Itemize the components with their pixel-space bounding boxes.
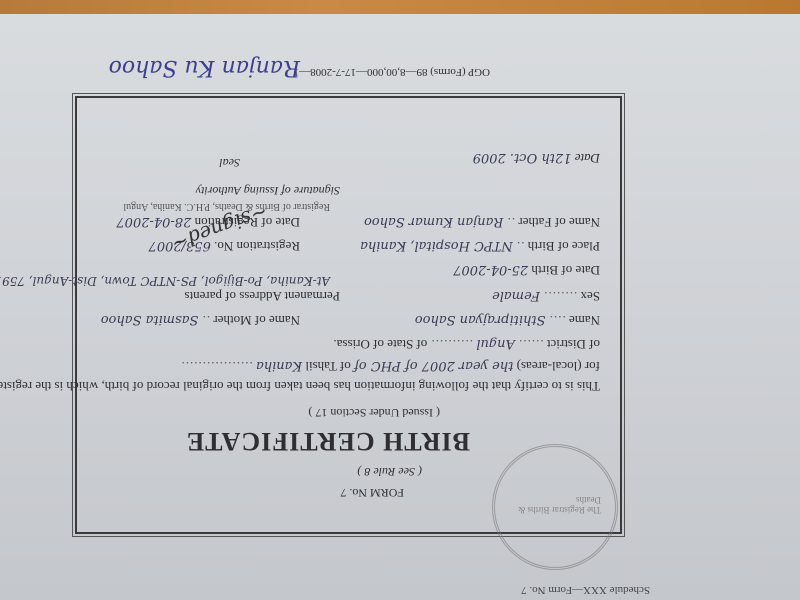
handwritten-note: Ranjan Ku Sahoo: [109, 55, 300, 80]
certify-text: This is to certify that the following in…: [0, 378, 600, 394]
form-number: FORM No. 7: [340, 485, 404, 500]
for-line: for (local-areas) the year 2007 of PHC o…: [180, 358, 600, 374]
see-rule: ( See Rule 8 ): [357, 464, 422, 479]
issue-date: Date 12th Oct. 2009: [473, 150, 600, 166]
dob-field: Date of Birth 25-04-2007: [453, 262, 600, 278]
certificate-title: BIRTH CERTIFICATE: [186, 426, 470, 456]
signature-label: Signature of Issuing Authority: [196, 183, 340, 198]
father-field: Name of Father .. Ranjan Kumar Sahoo: [364, 214, 600, 230]
address-value: At-Kaniha, Po-Bijigol, PS-NTPC Town, Dis…: [0, 274, 330, 288]
district-line: of District ...... Angul .......... of S…: [333, 336, 600, 352]
address-field: Permanent Address of parents: [184, 288, 340, 304]
name-field: Name .... Sthitiprajyan Sahoo: [415, 312, 600, 328]
registrar-designation: Registrar of Births & Deaths, P.H.C. Kan…: [123, 201, 330, 212]
schedule-header: Schedule XXX—Form No. 7: [521, 584, 650, 596]
birth-certificate-paper: Schedule XXX—Form No. 7 The Registrar Bi…: [0, 14, 800, 600]
tahsil-value: Kaniha: [256, 358, 302, 373]
rotated-document: Schedule XXX—Form No. 7 The Registrar Bi…: [0, 14, 800, 600]
issued-under: ( Issued Under Section 17 ): [308, 405, 440, 420]
registrar-stamp: The Registrar Births & Deaths: [492, 444, 618, 570]
place-of-birth-field: Place of Birth .. NTPC Hospital, Kaniha: [360, 238, 600, 254]
seal-label: Seal: [219, 155, 240, 170]
sex-field: Sex ........ Female: [492, 288, 600, 304]
for-value: the year 2007 of PHC of: [354, 358, 513, 373]
mother-field: Name of Mother .. Sasmita Sahoo: [101, 312, 300, 328]
ogp-footer: OGP (Forms) 89—8,00,000—17-7-2008—1: [294, 66, 490, 78]
district-value: Angul: [476, 336, 515, 351]
